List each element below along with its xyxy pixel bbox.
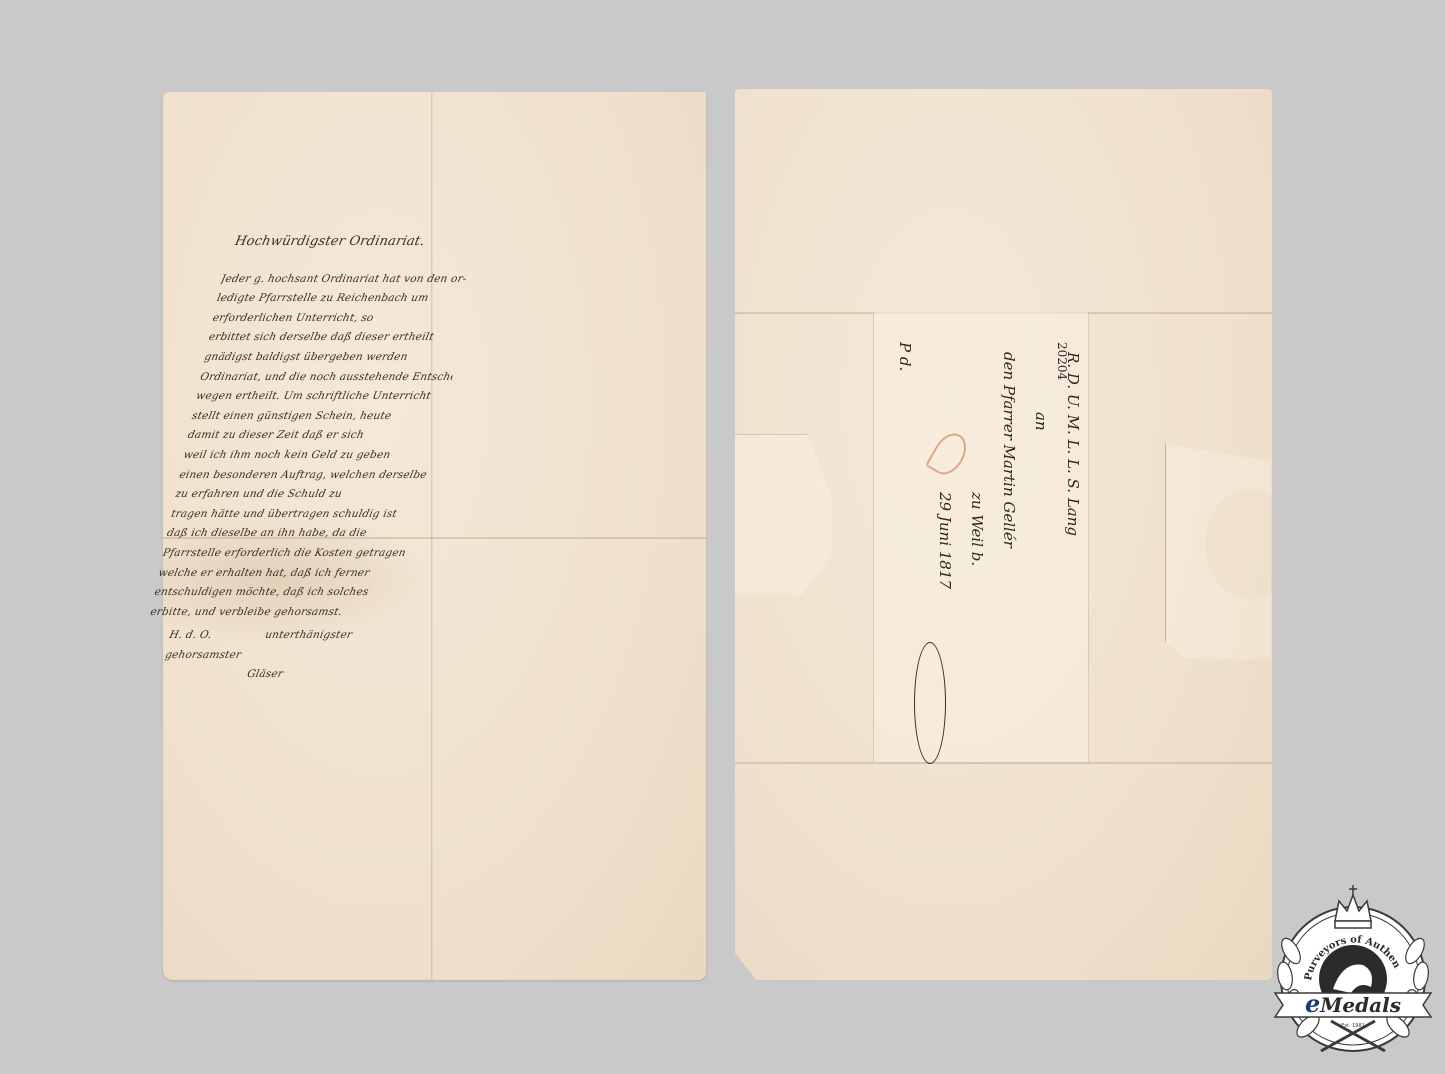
letter-line: gnädigst baldigst übergeben werden xyxy=(202,348,458,368)
letter-line: wegen ertheilt. Um schriftliche Unterric… xyxy=(194,387,450,407)
torn-seal-flap-left xyxy=(735,434,856,595)
address-line: zu Weil b. xyxy=(961,352,993,752)
letter-line: entschuldigen möchte, daß ich solches xyxy=(152,583,408,603)
signature: Gläser xyxy=(245,665,391,685)
address-line: den Pfarrer Martin Gellér xyxy=(993,352,1025,752)
letter-line: Pfarrstelle erforderlich die Kosten getr… xyxy=(161,544,417,564)
emedals-watermark-logo: Purveyors of Authentic Militaria eMedals… xyxy=(1263,881,1443,1061)
crown-icon xyxy=(1335,885,1371,928)
brand-text: eMedals xyxy=(1305,989,1401,1018)
address-text: R. D. U. M. L. L. S. Lang an den Pfarrer… xyxy=(929,352,1089,752)
salutation: Hochwürdigster Ordinariat. xyxy=(233,232,483,252)
signature-flourish xyxy=(914,642,946,764)
letter-line: tragen hätte und übertragen schuldig ist xyxy=(169,505,425,525)
address-line: R. D. U. M. L. L. S. Lang xyxy=(1057,352,1089,752)
letter-cover-right: 20204 P d. R. D. U. M. L. L. S. Lang an … xyxy=(735,89,1272,980)
letter-line: welche er erhalten hat, daß ich ferner xyxy=(157,564,413,584)
torn-seal-flap-right xyxy=(1165,444,1271,659)
letter-line: erbitte, und verbleibe gehorsamst. xyxy=(148,603,404,623)
letter-line: erbittet sich derselbe daß dieser erthei… xyxy=(207,328,463,348)
letter-line: zu erfahren und die Schuld zu xyxy=(173,485,429,505)
letter-line: Ordinariat, und die noch ausstehende Ent… xyxy=(198,368,454,388)
medal-badge-icon: Purveyors of Authentic Militaria eMedals… xyxy=(1263,881,1443,1061)
bottom-fold xyxy=(735,762,1272,764)
address-line: an xyxy=(1025,352,1057,752)
letter-line: Jeder g. hochsant Ordinariat hat von den… xyxy=(219,270,475,290)
closing-line: H. d. O. unterthänigster gehorsamster xyxy=(163,626,399,665)
letter-line: daß ich dieselbe an ihn habe, da die xyxy=(165,524,421,544)
closing-left: H. d. O. xyxy=(168,629,213,641)
letter-line: einen besonderen Auftrag, welchen dersel… xyxy=(177,466,433,486)
letter-sheet-left: Hochwürdigster Ordinariat. Jeder g. hoch… xyxy=(163,92,706,980)
letter-line: weil ich ihm noch kein Geld zu geben xyxy=(182,446,438,466)
letter-line: ledigte Pfarrstelle zu Reichenbach um xyxy=(215,289,471,309)
letter-line: erforderlichen Unterricht, so xyxy=(211,309,467,329)
letter-line: damit zu dieser Zeit daß er sich xyxy=(186,426,442,446)
letter-line: stellt einen günstigen Schein, heute xyxy=(190,407,446,427)
address-panel: 20204 P d. R. D. U. M. L. L. S. Lang an … xyxy=(873,312,1089,762)
postal-mark: P d. xyxy=(896,342,914,371)
